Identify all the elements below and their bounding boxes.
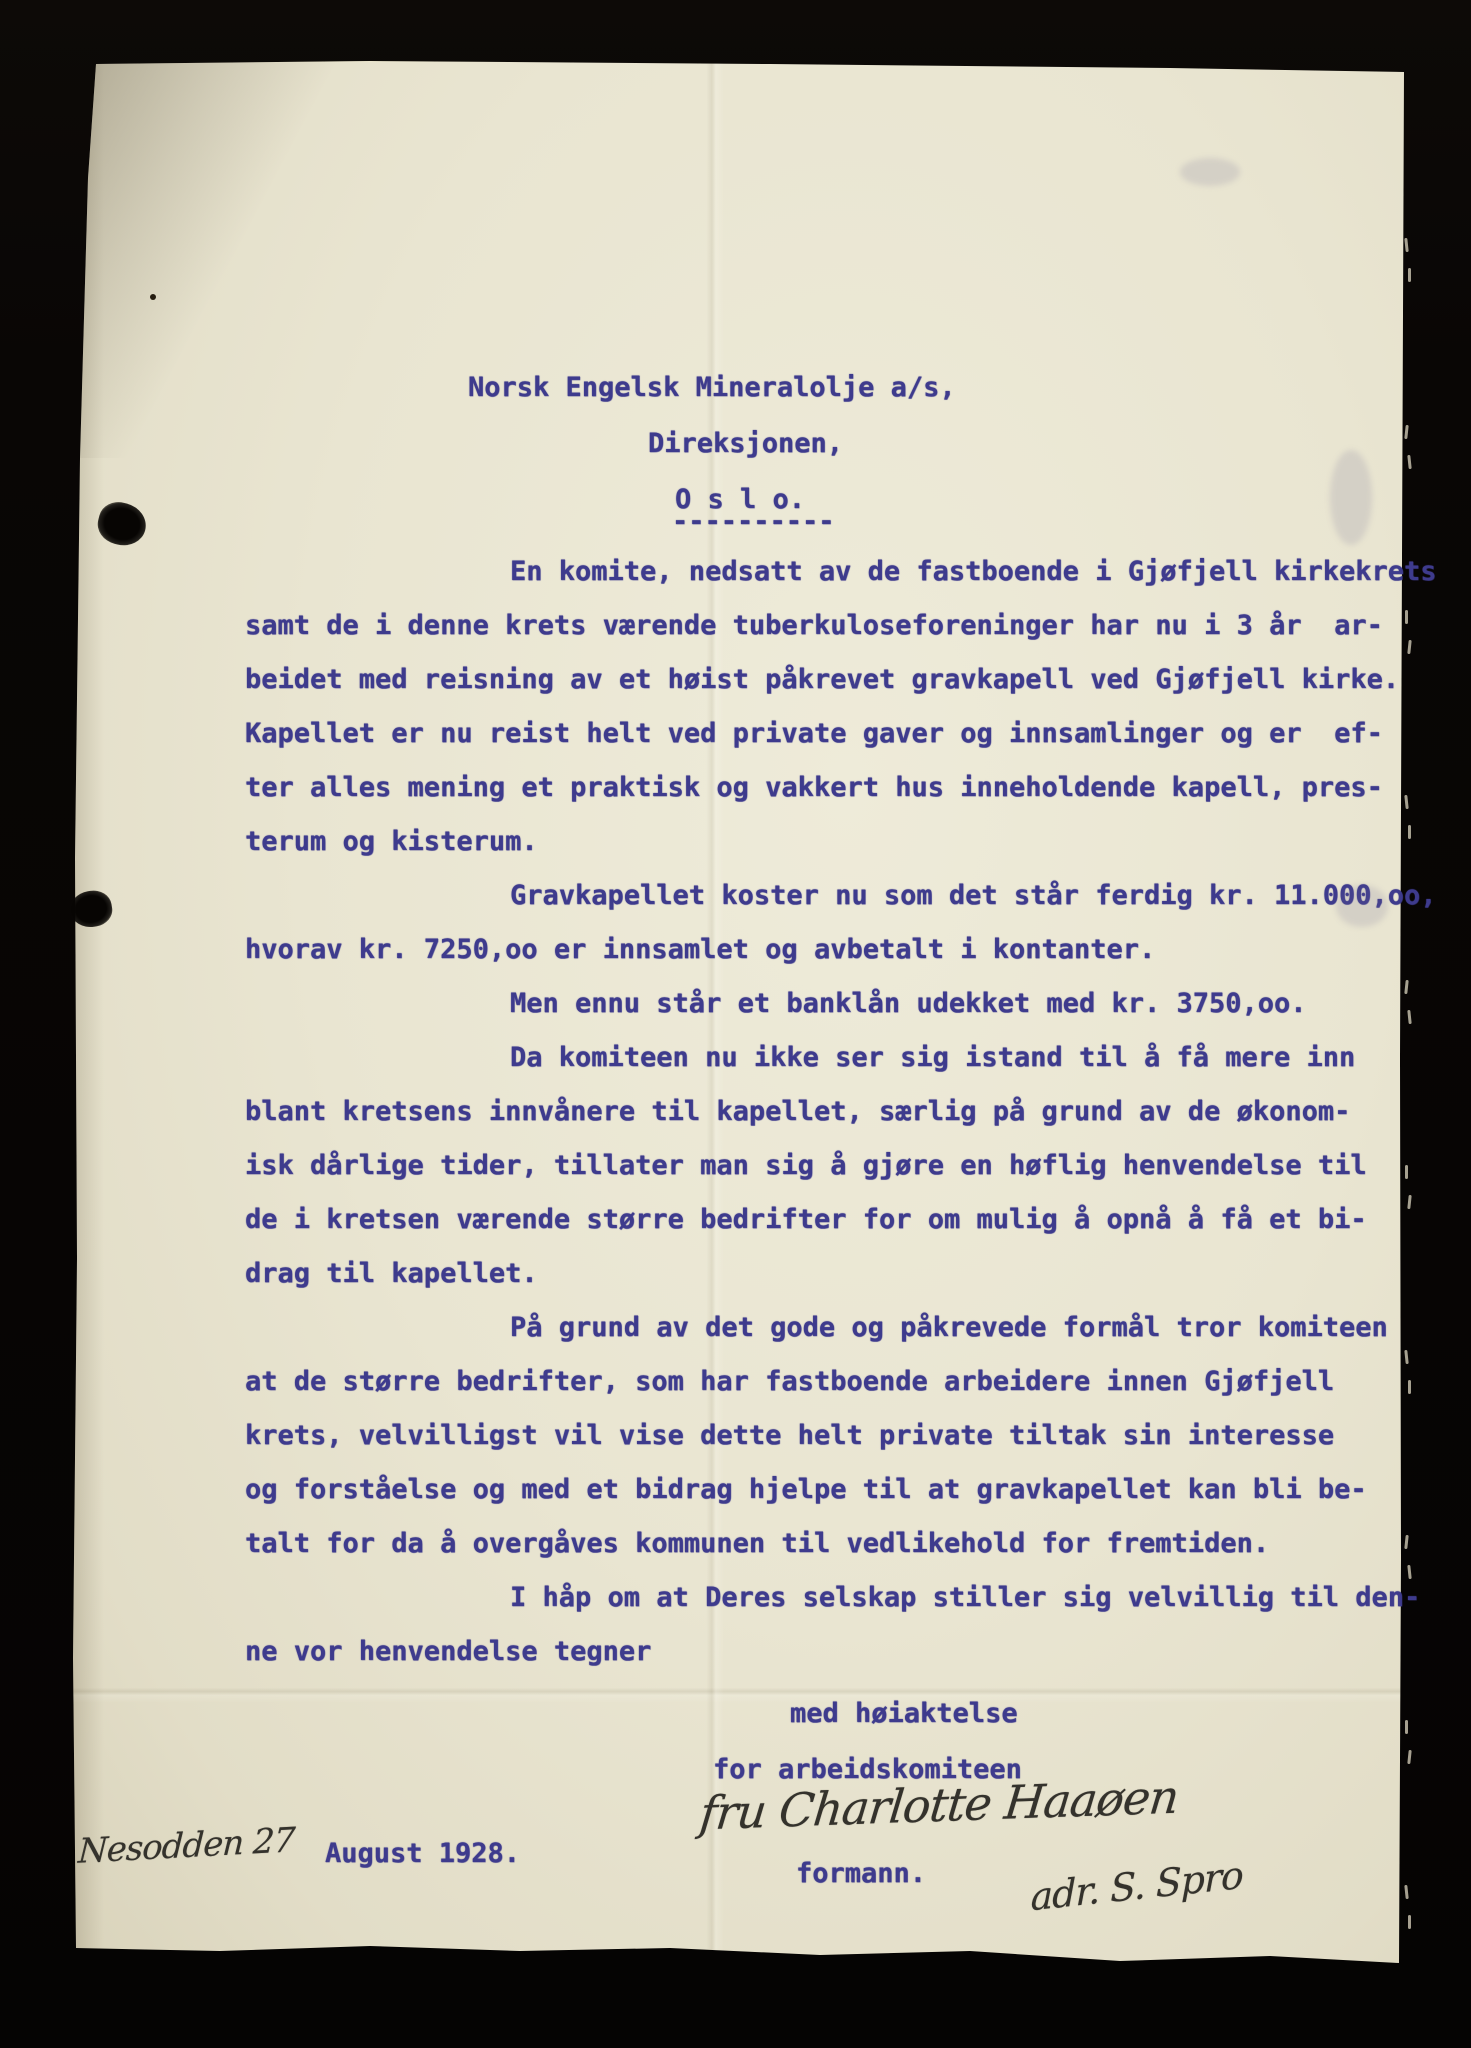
ink-speck — [150, 294, 156, 300]
letter-line: og forståelse og med et bidrag hjelpe ti… — [245, 1474, 1367, 1505]
stitch-mark — [1404, 425, 1408, 439]
letter-line: Gravkapellet koster nu som det står ferd… — [510, 880, 1437, 911]
letter-line: talt for da å overgåves kommunen til ved… — [245, 1528, 1269, 1559]
recipient-underline: ---------- — [672, 506, 835, 537]
stitch-mark — [1408, 268, 1411, 282]
signer-title: formann. — [796, 1858, 926, 1889]
stitch-mark — [1407, 1195, 1411, 1209]
stitch-mark — [1405, 1165, 1408, 1179]
dateline-date-typed: August 1928. — [325, 1838, 520, 1869]
letter-line: de i kretsen værende større bedrifter fo… — [245, 1204, 1367, 1235]
letter-line: ne vor henvendelse tegner — [245, 1636, 651, 1667]
letter-line: beidet med reisning av et høist påkrevet… — [245, 664, 1399, 695]
recipient-company: Norsk Engelsk Mineralolje a/s, — [468, 372, 956, 403]
letter-line: at de større bedrifter, som har fastboen… — [245, 1366, 1334, 1397]
stitch-mark — [1405, 1720, 1408, 1734]
smudge — [1180, 158, 1240, 186]
corner-fold-shadow — [70, 58, 340, 458]
stitch-mark — [1408, 825, 1411, 839]
letter-line: I håp om at Deres selskap stiller sig ve… — [510, 1582, 1420, 1613]
smudge — [1336, 885, 1388, 927]
recipient-department: Direksjonen, — [648, 428, 843, 459]
stitch-mark — [1408, 1915, 1411, 1929]
letter-line: terum og kisterum. — [245, 826, 538, 857]
stitch-mark — [1408, 1380, 1411, 1394]
letter-line: drag til kapellet. — [245, 1258, 538, 1289]
stitch-mark — [1405, 610, 1408, 624]
stitch-mark — [1404, 1535, 1408, 1549]
letter-line: På grund av det gode og påkrevede formål… — [510, 1312, 1388, 1343]
letter-line: krets, velvilligst vil vise dette helt p… — [245, 1420, 1334, 1451]
stitch-mark — [1407, 640, 1411, 654]
letter-line: En komite, nedsatt av de fastboende i Gj… — [510, 556, 1437, 587]
stitch-mark — [1407, 455, 1411, 469]
stitch-mark — [1407, 1010, 1411, 1024]
letter-line: ter alles mening et praktisk og vakkert … — [245, 772, 1383, 803]
stitch-mark — [1407, 1565, 1411, 1579]
stitch-mark — [1404, 795, 1408, 809]
stitch-mark — [1404, 1350, 1408, 1364]
letter-line: Da komiteen nu ikke ser sig istand til å… — [510, 1042, 1355, 1073]
stitch-mark — [1404, 1885, 1408, 1899]
letter-line: hvorav kr. 7250,oo er innsamlet og avbet… — [245, 934, 1155, 965]
letter-line: Kapellet er nu reist helt ved private ga… — [245, 718, 1383, 749]
stitch-mark — [1404, 238, 1408, 252]
letter-line: Men ennu står et banklån udekket med kr.… — [510, 988, 1307, 1019]
letter-line: samt de i denne krets værende tuberkulos… — [245, 610, 1383, 641]
stitch-mark — [1404, 980, 1408, 994]
smudge — [1330, 450, 1372, 545]
closing-salutation: med høiaktelse — [790, 1698, 1018, 1729]
letter-line: isk dårlige tider, tillater man sig å gj… — [245, 1150, 1367, 1181]
stitch-mark — [1407, 1750, 1411, 1764]
scan-background: Norsk Engelsk Mineralolje a/s, Direksjon… — [0, 0, 1471, 2048]
letter-line: blant kretsens innvånere til kapellet, s… — [245, 1096, 1350, 1127]
